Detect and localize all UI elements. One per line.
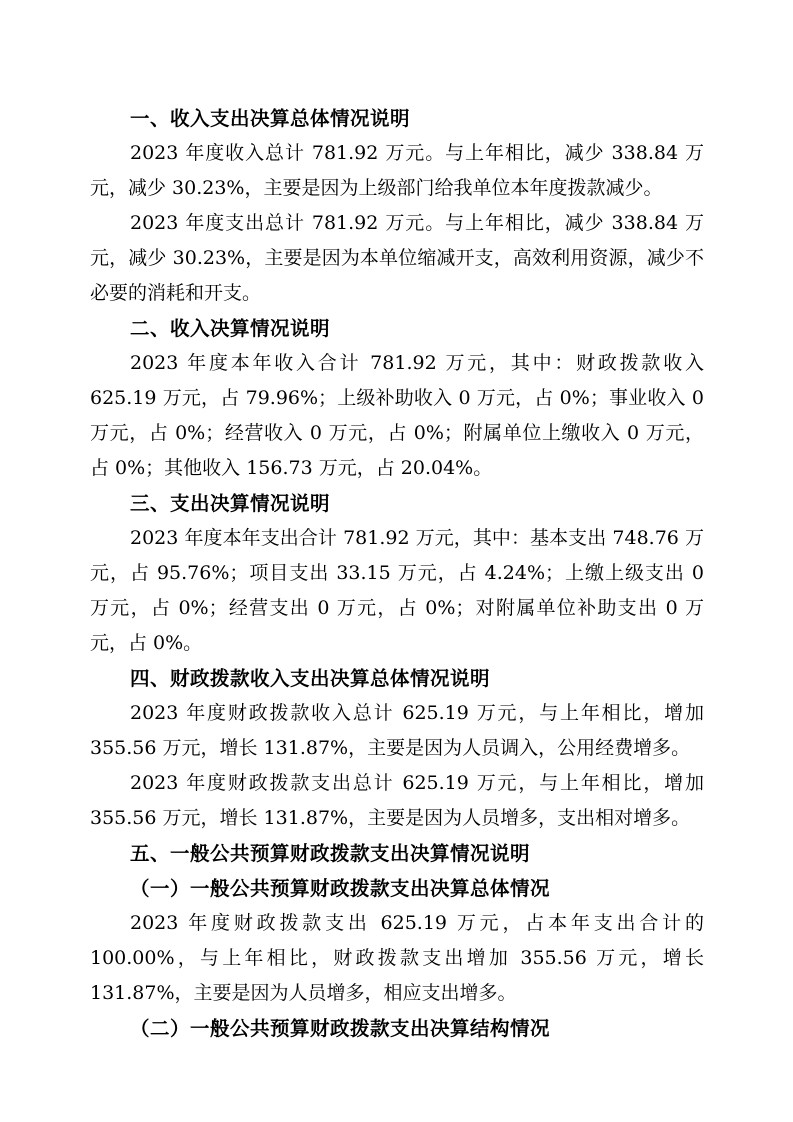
heading-section-4-fiscal-appropriation-overview: 四、财政拨款收入支出决算总体情况说明 [90,661,704,696]
paragraph-public-budget-expenditure-detail: 2023 年度财政拨款支出 625.19 万元，占本年支出合计的 100.00%… [90,906,704,1011]
document-content: 一、收入支出决算总体情况说明 2023 年度收入总计 781.92 万元。与上年… [90,101,704,1046]
paragraph-total-income: 2023 年度收入总计 781.92 万元。与上年相比，减少 338.84 万元… [90,136,704,206]
heading-section-3-expenditure-accounts: 三、支出决算情况说明 [90,486,704,521]
heading-section-5-2-structure-situation: （二）一般公共预算财政拨款支出决算结构情况 [90,1011,704,1046]
heading-section-5-1-overall-situation: （一）一般公共预算财政拨款支出决算总体情况 [90,871,704,906]
heading-section-5-public-budget-expenditure: 五、一般公共预算财政拨款支出决算情况说明 [90,836,704,871]
heading-section-2-income-accounts: 二、收入决算情况说明 [90,311,704,346]
paragraph-income-breakdown: 2023 年度本年收入合计 781.92 万元，其中：财政拨款收入 625.19… [90,346,704,486]
document-page: 一、收入支出决算总体情况说明 2023 年度收入总计 781.92 万元。与上年… [0,0,793,1122]
paragraph-fiscal-appropriation-income: 2023 年度财政拨款收入总计 625.19 万元，与上年相比，增加 355.5… [90,696,704,766]
paragraph-fiscal-appropriation-expenditure: 2023 年度财政拨款支出总计 625.19 万元，与上年相比，增加 355.5… [90,766,704,836]
paragraph-expenditure-breakdown: 2023 年度本年支出合计 781.92 万元，其中：基本支出 748.76 万… [90,521,704,661]
heading-section-1-income-expenditure-overview: 一、收入支出决算总体情况说明 [90,101,704,136]
paragraph-total-expenditure: 2023 年度支出总计 781.92 万元。与上年相比，减少 338.84 万元… [90,206,704,311]
